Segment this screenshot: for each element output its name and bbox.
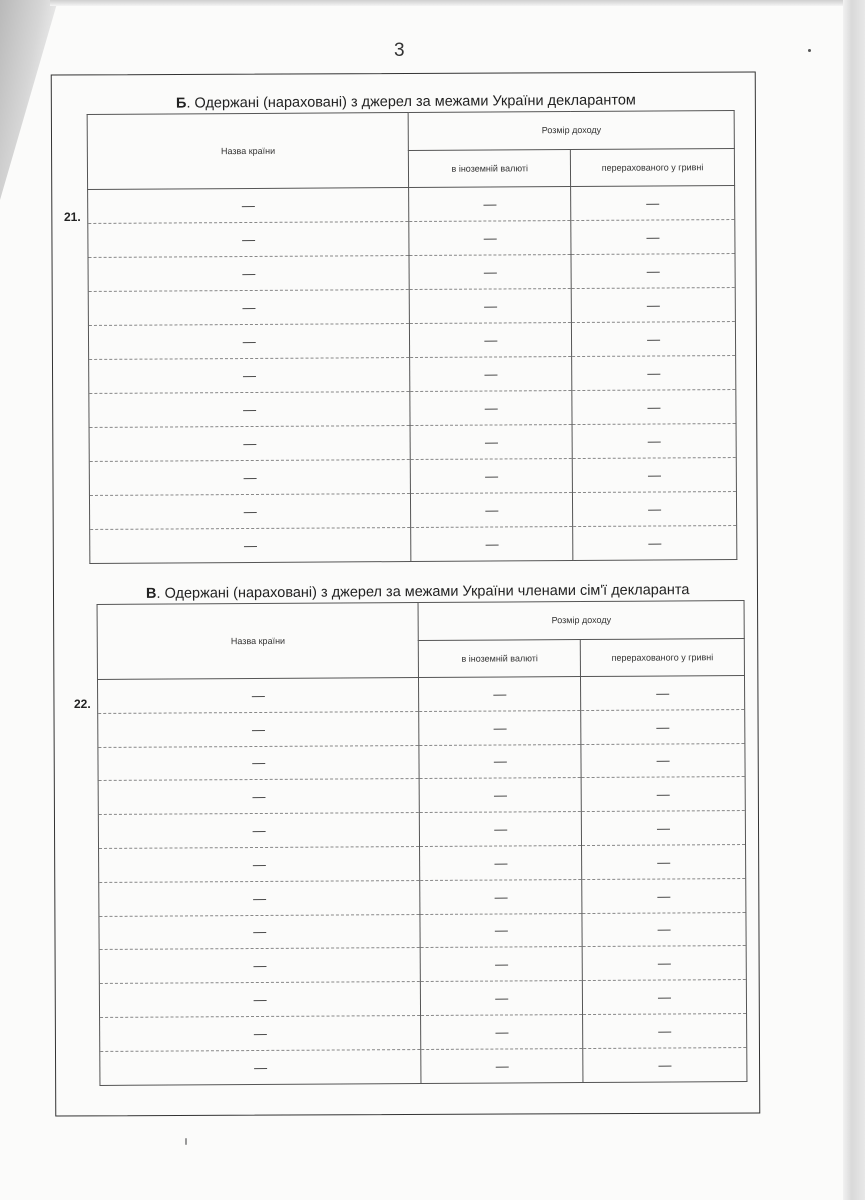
section-b-title-text: . Одержані (нараховані) з джерел за межа… xyxy=(186,92,636,111)
cell-foreign-currency: — xyxy=(409,255,571,290)
handwritten-dash: — xyxy=(485,469,498,482)
cell-country: — xyxy=(98,779,420,815)
cell-foreign-currency: — xyxy=(410,323,572,358)
cell-converted-uah: — xyxy=(581,777,745,812)
handwritten-dash: — xyxy=(252,723,265,736)
table-row: ——— xyxy=(97,676,744,714)
section-v-row-number: 22. xyxy=(74,697,91,711)
cell-foreign-currency: — xyxy=(420,778,582,813)
handwritten-dash: — xyxy=(658,991,671,1004)
section-b-title: Б. Одержані (нараховані) з джерел за меж… xyxy=(176,92,636,111)
handwritten-dash: — xyxy=(646,230,659,243)
cell-converted-uah: — xyxy=(581,676,745,711)
cell-foreign-currency: — xyxy=(410,391,572,426)
handwritten-dash: — xyxy=(648,434,661,447)
cell-foreign-currency: — xyxy=(420,879,582,914)
table-row: ——— xyxy=(99,878,746,916)
cell-country: — xyxy=(90,528,412,564)
cell-converted-uah: — xyxy=(581,743,745,778)
handwritten-dash: — xyxy=(254,1061,267,1074)
handwritten-dash: — xyxy=(496,1059,509,1072)
table-row: ——— xyxy=(89,390,736,428)
handwritten-dash: — xyxy=(252,756,265,769)
handwritten-dash: — xyxy=(243,403,256,416)
table-row: ——— xyxy=(99,946,746,984)
cell-foreign-currency: — xyxy=(411,459,573,494)
handwritten-dash: — xyxy=(657,754,670,767)
cell-country: — xyxy=(99,914,421,950)
cell-foreign-currency: — xyxy=(419,677,581,712)
handwritten-dash: — xyxy=(484,265,497,278)
handwritten-dash: — xyxy=(647,366,660,379)
section-v-letter: В xyxy=(146,586,157,602)
cell-foreign-currency: — xyxy=(420,812,582,847)
handwritten-dash: — xyxy=(495,958,508,971)
table-row: ——— xyxy=(90,526,737,564)
table-row: ——— xyxy=(88,288,735,326)
handwritten-dash: — xyxy=(485,503,498,516)
handwritten-dash: — xyxy=(495,992,508,1005)
handwritten-dash: — xyxy=(244,471,257,484)
cell-converted-uah: — xyxy=(583,1013,747,1048)
cell-converted-uah: — xyxy=(572,458,736,493)
cell-foreign-currency: — xyxy=(409,221,571,256)
cell-country: — xyxy=(89,426,411,462)
cell-foreign-currency: — xyxy=(421,947,583,982)
handwritten-dash: — xyxy=(494,755,507,768)
header-converted-uah: перерахованого у гривні xyxy=(571,148,735,187)
page-top-edge xyxy=(50,0,850,6)
cell-foreign-currency: — xyxy=(411,527,573,562)
handwritten-dash: — xyxy=(242,267,255,280)
cell-foreign-currency: — xyxy=(421,1048,583,1083)
cell-country: — xyxy=(98,745,420,781)
handwritten-dash: — xyxy=(244,539,257,552)
handwritten-dash: — xyxy=(242,301,255,314)
handwritten-dash: — xyxy=(483,197,496,210)
cell-converted-uah: — xyxy=(581,811,745,846)
handwritten-dash: — xyxy=(648,468,661,481)
handwritten-dash: — xyxy=(657,889,670,902)
handwritten-dash: — xyxy=(243,335,256,348)
cell-foreign-currency: — xyxy=(410,425,572,460)
handwritten-dash: — xyxy=(495,1025,508,1038)
handwritten-dash: — xyxy=(484,299,497,312)
handwritten-dash: — xyxy=(648,502,661,515)
table-row: ——— xyxy=(98,709,745,747)
cell-country: — xyxy=(99,948,421,984)
handwritten-dash: — xyxy=(253,925,266,938)
handwritten-dash: — xyxy=(494,721,507,734)
handwritten-dash: — xyxy=(493,687,506,700)
header-country: Назва країни xyxy=(97,603,419,680)
cell-converted-uah: — xyxy=(571,186,735,221)
cell-country: — xyxy=(99,846,421,882)
table-row: ——— xyxy=(89,458,736,496)
handwritten-dash: — xyxy=(657,855,670,868)
cell-country: — xyxy=(89,494,411,530)
scan-speck xyxy=(808,49,811,52)
table-row: ——— xyxy=(100,1047,747,1085)
handwritten-dash: — xyxy=(243,437,256,450)
handwritten-dash: — xyxy=(656,720,669,733)
handwritten-dash: — xyxy=(658,1058,671,1071)
handwritten-dash: — xyxy=(253,892,266,905)
table-row: ——— xyxy=(98,777,745,815)
cell-foreign-currency: — xyxy=(410,357,572,392)
handwritten-dash: — xyxy=(252,790,265,803)
handwritten-dash: — xyxy=(485,401,498,414)
table-row: ——— xyxy=(89,356,736,394)
table-row: ——— xyxy=(99,912,746,950)
handwritten-dash: — xyxy=(253,959,266,972)
cell-country: — xyxy=(88,324,410,360)
table-row: ——— xyxy=(88,322,735,360)
header-country: Назва країни xyxy=(87,113,409,190)
cell-country: — xyxy=(98,711,420,747)
header-foreign-currency: в іноземній валюті xyxy=(409,149,571,187)
cell-converted-uah: — xyxy=(573,526,737,561)
cell-converted-uah: — xyxy=(582,912,746,947)
cell-converted-uah: — xyxy=(582,946,746,981)
handwritten-dash: — xyxy=(658,1024,671,1037)
cell-country: — xyxy=(98,813,420,849)
handwritten-dash: — xyxy=(485,435,498,448)
handwritten-dash: — xyxy=(486,537,499,550)
handwritten-dash: — xyxy=(484,231,497,244)
cell-foreign-currency: — xyxy=(421,981,583,1016)
handwritten-dash: — xyxy=(658,957,671,970)
section-v-table: Назва країни Розмір доходу в іноземній в… xyxy=(97,600,748,1086)
scan-speck xyxy=(185,1138,187,1145)
cell-country: — xyxy=(97,678,419,714)
handwritten-dash: — xyxy=(253,824,266,837)
cell-foreign-currency: — xyxy=(420,913,582,948)
cell-converted-uah: — xyxy=(571,220,735,255)
table-row: ——— xyxy=(88,186,735,224)
page-number: 3 xyxy=(394,40,405,62)
cell-foreign-currency: — xyxy=(411,493,573,528)
section-b-letter: Б xyxy=(176,96,187,112)
handwritten-dash: — xyxy=(647,298,660,311)
handwritten-dash: — xyxy=(244,505,257,518)
cell-converted-uah: — xyxy=(571,288,735,323)
handwritten-dash: — xyxy=(657,788,670,801)
cell-foreign-currency: — xyxy=(421,1014,583,1049)
section-b-row-number: 21. xyxy=(64,210,81,224)
handwritten-dash: — xyxy=(494,789,507,802)
handwritten-dash: — xyxy=(646,196,659,209)
cell-country: — xyxy=(89,460,411,496)
table-row: ——— xyxy=(98,743,745,781)
cell-country: — xyxy=(99,880,421,916)
handwritten-dash: — xyxy=(242,233,255,246)
handwritten-dash: — xyxy=(658,923,671,936)
cell-converted-uah: — xyxy=(572,356,736,391)
page-right-edge xyxy=(843,0,865,1200)
cell-country: — xyxy=(100,1049,422,1085)
cell-converted-uah: — xyxy=(572,390,736,425)
cell-foreign-currency: — xyxy=(419,744,581,779)
cell-converted-uah: — xyxy=(582,845,746,880)
handwritten-dash: — xyxy=(647,400,660,413)
handwritten-dash: — xyxy=(656,686,669,699)
table-row: ——— xyxy=(99,845,746,883)
handwritten-dash: — xyxy=(484,333,497,346)
table-row: ——— xyxy=(88,254,735,292)
cell-converted-uah: — xyxy=(583,980,747,1015)
scanned-page: 3 Б. Одержані (нараховані) з джерел за м… xyxy=(0,0,865,1200)
handwritten-dash: — xyxy=(494,823,507,836)
cell-foreign-currency: — xyxy=(409,187,571,222)
section-b-table: Назва країни Розмір доходу в іноземній в… xyxy=(87,110,738,564)
handwritten-dash: — xyxy=(252,689,265,702)
handwritten-dash: — xyxy=(254,993,267,1006)
handwritten-dash: — xyxy=(495,890,508,903)
handwritten-dash: — xyxy=(484,367,497,380)
cell-foreign-currency: — xyxy=(419,710,581,745)
cell-country: — xyxy=(88,222,410,258)
handwritten-dash: — xyxy=(253,858,266,871)
cell-country: — xyxy=(99,982,421,1018)
cell-country: — xyxy=(88,290,410,326)
table-row: ——— xyxy=(98,811,745,849)
cell-converted-uah: — xyxy=(571,254,735,289)
cell-converted-uah: — xyxy=(581,709,745,744)
handwritten-dash: — xyxy=(242,199,255,212)
handwritten-dash: — xyxy=(494,856,507,869)
header-income-size: Розмір доходу xyxy=(418,601,744,640)
page-fold-shadow xyxy=(0,0,58,200)
table-row: ——— xyxy=(89,424,736,462)
handwritten-dash: — xyxy=(647,264,660,277)
cell-converted-uah: — xyxy=(582,878,746,913)
cell-country: — xyxy=(89,392,411,428)
cell-country: — xyxy=(88,188,410,224)
cell-foreign-currency: — xyxy=(410,289,572,324)
handwritten-dash: — xyxy=(648,536,661,549)
cell-country: — xyxy=(100,1015,422,1051)
handwritten-dash: — xyxy=(657,822,670,835)
table-row: ——— xyxy=(89,492,736,530)
table-row: ——— xyxy=(99,980,746,1018)
handwritten-dash: — xyxy=(243,369,256,382)
header-income-size: Розмір доходу xyxy=(409,111,735,150)
table-row: ——— xyxy=(100,1013,747,1051)
cell-country: — xyxy=(88,256,410,292)
header-converted-uah: перерахованого у гривні xyxy=(580,638,744,677)
cell-foreign-currency: — xyxy=(420,846,582,881)
handwritten-dash: — xyxy=(647,332,660,345)
table-row: ——— xyxy=(88,220,735,258)
header-foreign-currency: в іноземній валюті xyxy=(419,639,581,677)
cell-converted-uah: — xyxy=(572,424,736,459)
handwritten-dash: — xyxy=(254,1027,267,1040)
cell-converted-uah: — xyxy=(573,492,737,527)
cell-converted-uah: — xyxy=(583,1047,747,1082)
cell-country: — xyxy=(89,358,411,394)
cell-converted-uah: — xyxy=(572,322,736,357)
handwritten-dash: — xyxy=(495,924,508,937)
